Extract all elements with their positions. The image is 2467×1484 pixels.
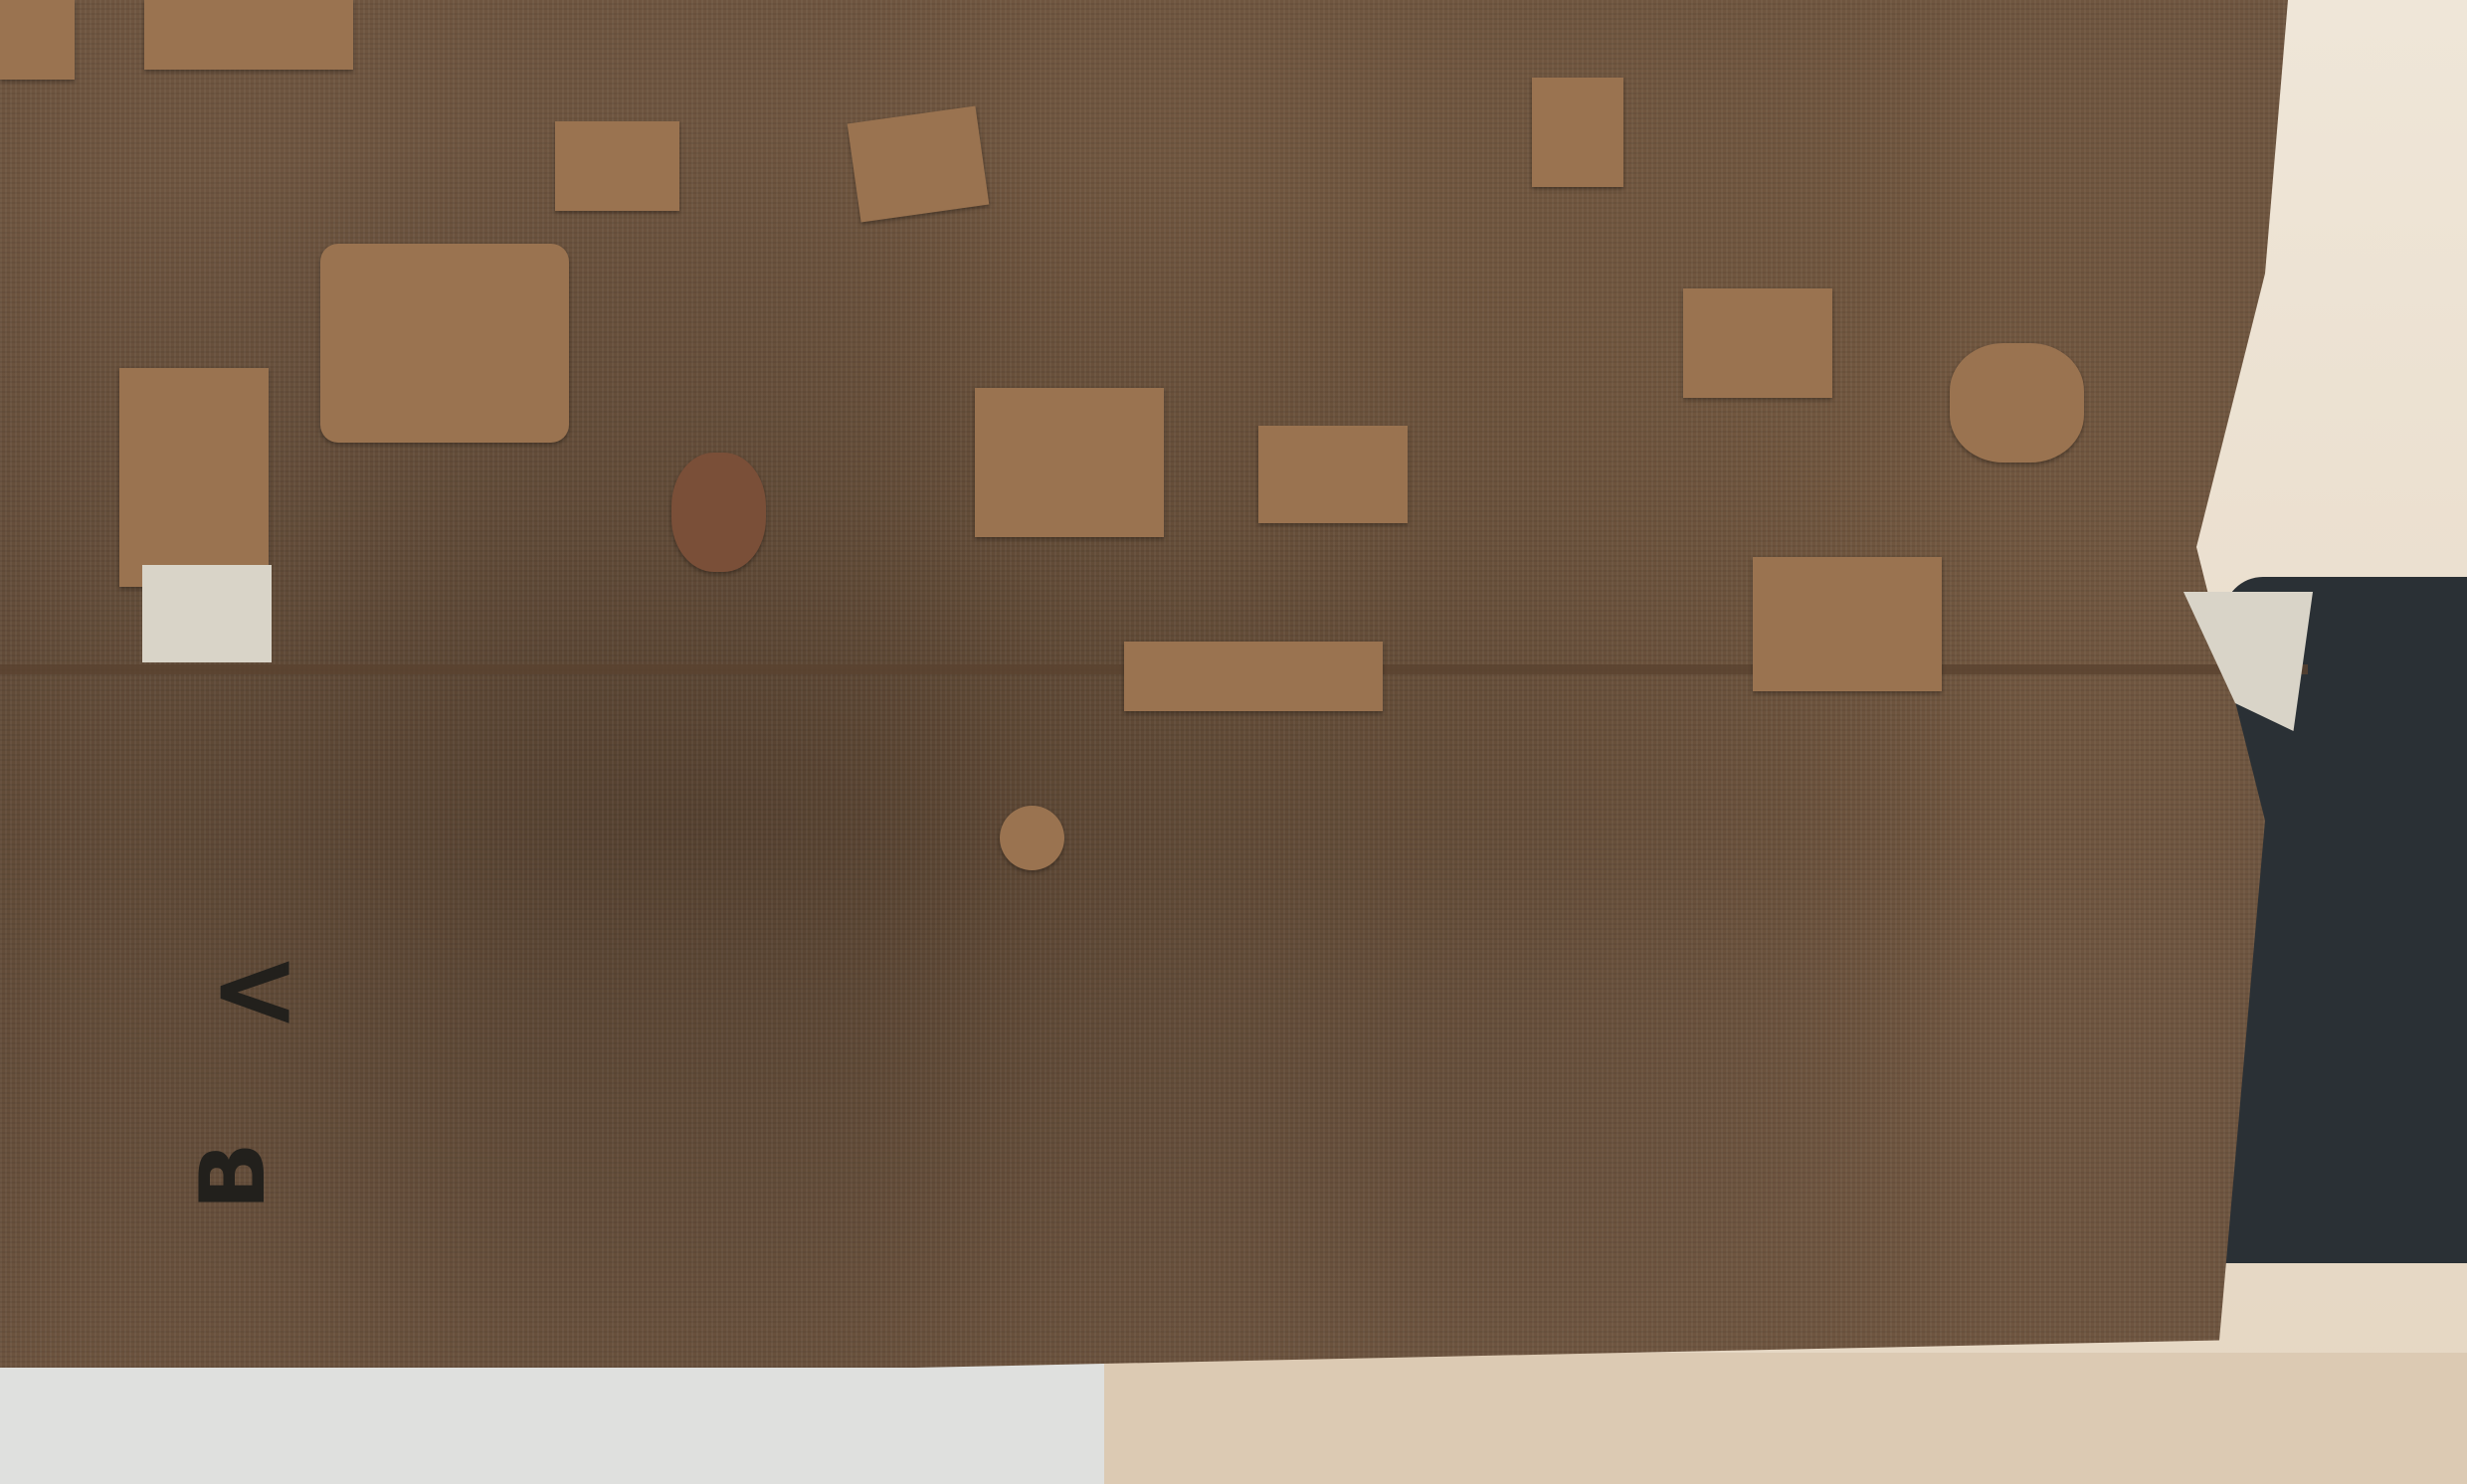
patch	[555, 121, 679, 211]
beige-panel	[1104, 1353, 2467, 1484]
patch	[848, 105, 990, 222]
patch	[1950, 343, 2084, 463]
patch	[0, 0, 75, 80]
patch	[1124, 642, 1383, 711]
artwork-canvas: < B	[0, 0, 2467, 1484]
patch	[1683, 288, 1832, 398]
patch	[1532, 78, 1623, 187]
patch	[1000, 806, 1064, 870]
patch	[1753, 557, 1942, 691]
letter-mark: B	[181, 1142, 285, 1210]
patch	[1258, 426, 1408, 523]
patch	[671, 453, 766, 572]
white-scrap	[142, 565, 272, 662]
patch	[975, 388, 1164, 537]
chevron-mark: <	[209, 925, 300, 1052]
white-panel	[0, 1363, 1104, 1484]
patch	[119, 368, 269, 587]
patch	[320, 244, 569, 443]
patch	[144, 0, 353, 70]
